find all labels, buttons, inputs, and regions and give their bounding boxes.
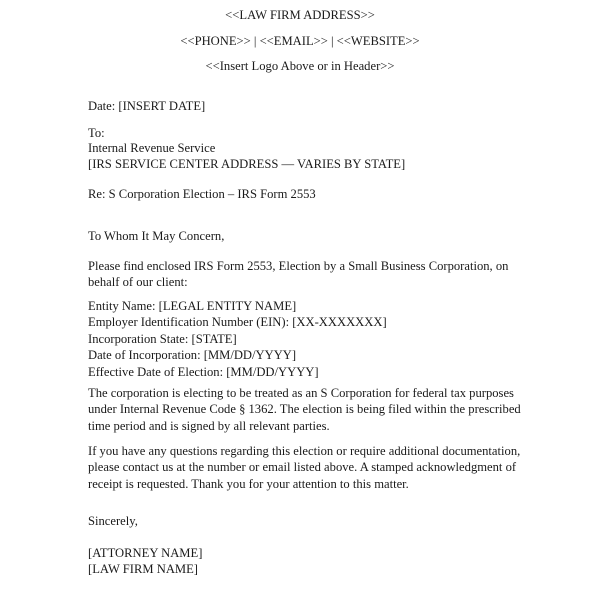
election-line: time period and is signed by all relevan… — [88, 418, 528, 434]
closing-line: please contact us at the number or email… — [88, 459, 528, 475]
closing-paragraph: If you have any questions regarding this… — [88, 443, 528, 492]
election-line: under Internal Revenue Code § 1362. The … — [88, 401, 528, 417]
recipient-to-label: To: — [88, 125, 105, 141]
entity-details: Entity Name: [LEGAL ENTITY NAME] Employe… — [88, 298, 528, 380]
election-paragraph: The corporation is electing to be treate… — [88, 385, 528, 434]
signature-attorney: [ATTORNEY NAME] — [88, 545, 202, 561]
intro-paragraph: Please find enclosed IRS Form 2553, Elec… — [88, 258, 528, 291]
letter-page: <<LAW FIRM ADDRESS>> <<PHONE>> | <<EMAIL… — [0, 0, 600, 600]
date-line: Date: [INSERT DATE] — [88, 98, 205, 114]
letterhead-contact: <<PHONE>> | <<EMAIL>> | <<WEBSITE>> — [0, 33, 600, 49]
entity-ein: Employer Identification Number (EIN): [X… — [88, 314, 528, 330]
entity-name: Entity Name: [LEGAL ENTITY NAME] — [88, 298, 528, 314]
signature-firm: [LAW FIRM NAME] — [88, 561, 198, 577]
entity-incorporation-date: Date of Incorporation: [MM/DD/YYYY] — [88, 347, 528, 363]
letterhead-logo-note: <<Insert Logo Above or in Header>> — [0, 58, 600, 74]
letterhead-address: <<LAW FIRM ADDRESS>> — [0, 7, 600, 23]
signoff: Sincerely, — [88, 513, 138, 529]
salutation: To Whom It May Concern, — [88, 228, 224, 244]
recipient-address: [IRS SERVICE CENTER ADDRESS — VARIES BY … — [88, 156, 405, 172]
recipient-name: Internal Revenue Service — [88, 140, 215, 156]
closing-line: If you have any questions regarding this… — [88, 443, 528, 459]
closing-line: receipt is requested. Thank you for your… — [88, 476, 528, 492]
intro-line: behalf of our client: — [88, 274, 528, 290]
intro-line: Please find enclosed IRS Form 2553, Elec… — [88, 258, 528, 274]
entity-state: Incorporation State: [STATE] — [88, 331, 528, 347]
entity-election-date: Effective Date of Election: [MM/DD/YYYY] — [88, 364, 528, 380]
election-line: The corporation is electing to be treate… — [88, 385, 528, 401]
subject-line: Re: S Corporation Election – IRS Form 25… — [88, 186, 316, 202]
